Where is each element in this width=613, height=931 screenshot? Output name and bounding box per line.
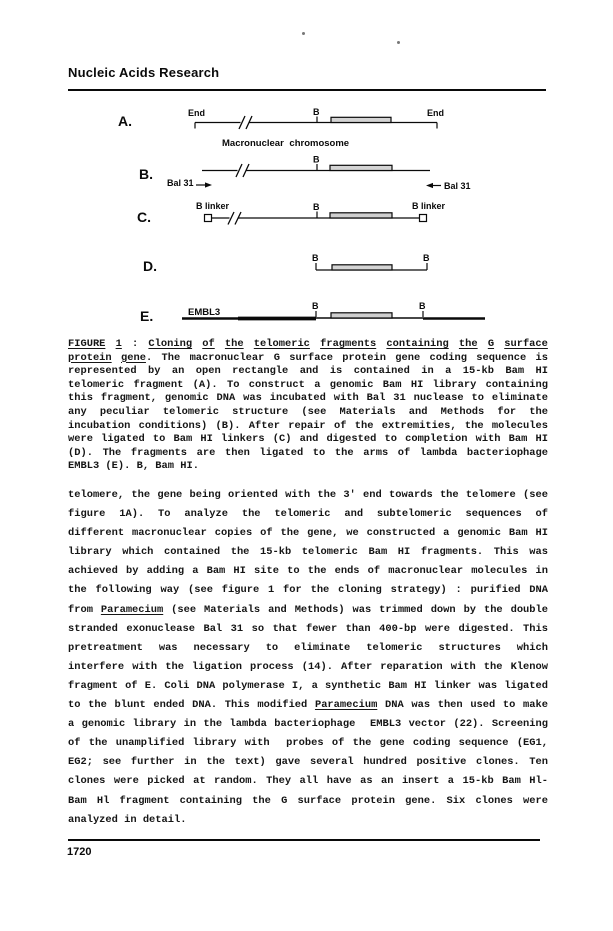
figure-row-a: A. End End B Macronuclear chromosome [118,107,444,149]
body-line: from Paramecium (see Materials and Metho… [68,601,548,620]
body-line: interfere with the ligation process (14)… [68,658,548,677]
body-line: fragment of E. Coli DNA polymerase I, a … [68,677,548,696]
bam-site-label: B [313,107,320,117]
page-number: 1720 [67,846,91,858]
bam-label-left: B [312,253,319,263]
bal31-arrowhead-left [205,182,212,187]
caption-line: protein gene. The macronuclear G surface… [68,352,548,366]
body-line: of the unamplified library with probes o… [68,734,548,753]
body-line: pretreatment was necessary to eliminate … [68,639,548,658]
row-a-letter: A. [118,113,132,129]
b-linker-label-right: B linker [412,201,446,211]
caption-line: FIGURE 1 : Cloning of the telomeric frag… [68,338,548,352]
body-line: stranded exonuclease Bal 31 so that fewe… [68,620,548,639]
body-line: library which contained the 15-kb telome… [68,543,548,562]
row-c-letter: C. [137,209,151,225]
gene-rect [332,265,392,270]
bal31-label-right: Bal 31 [444,181,471,191]
caption-line: this fragment, genomic DNA was incubated… [68,392,548,406]
gene-rect [331,313,392,318]
body-line: a genomic library in the lambda bacterio… [68,715,548,734]
caption-line: EMBL3 (E). B, Bam HI. [68,460,548,474]
caption-line: telomeric fragment (A). To construct a g… [68,379,548,393]
bam-site-label: B [313,202,320,212]
linker-square-left [205,215,212,222]
caption-line: (D). The fragments are then ligated to t… [68,447,548,461]
caption-line: were ligated to Bam HI linkers (C) and d… [68,433,548,447]
body-line: achieved by adding a Bam HI site to the … [68,562,548,581]
body-line: analyzed in detail. [68,811,548,830]
figure-row-c: C. B linker B linker B [137,201,446,225]
row-b-letter: B. [139,166,153,182]
bam-label-left: B [312,301,319,311]
gene-rect [330,213,392,218]
paper-page: Nucleic Acids Research A. End End B Macr… [0,0,613,931]
row-d-letter: D. [143,258,157,274]
end-label-right: End [427,108,444,118]
body-line: figure 1A). To analyze the telomeric and… [68,505,548,524]
caption-line: incubation conditions) (B). After repair… [68,420,548,434]
body-line: clones were picked at random. They all h… [68,772,548,791]
body-line: EG2; see further in the text) gave sever… [68,753,548,772]
body-line: to the blunt ended DNA. This modified Pa… [68,696,548,715]
figure-1-diagram: A. End End B Macronuclear chromosome B. … [0,0,613,345]
bam-label-right: B [419,301,426,311]
bam-site-label: B [313,155,320,165]
bam-label-right: B [423,253,430,263]
figure-caption: FIGURE 1 : Cloning of the telomeric frag… [68,338,548,474]
end-ticks [195,123,437,129]
figure-row-d: D. B B [143,253,430,274]
footer-rule [68,839,540,841]
body-line: telomere, the gene being oriented with t… [68,486,548,505]
caption-line: represented by an open rectangle and is … [68,365,548,379]
bal31-label-left: Bal 31 [167,178,194,188]
end-label-left: End [188,108,205,118]
b-linker-label-left: B linker [196,201,230,211]
body-line: the following way (see figure 1 for the … [68,581,548,600]
embl3-label: EMBL3 [188,307,220,318]
row-e-letter: E. [140,308,153,324]
figure-row-e: E. EMBL3 B B [140,301,485,324]
linker-square-right [420,215,427,222]
macronuclear-chromosome-label: Macronuclear chromosome [222,138,349,149]
gene-rect [330,165,392,170]
body-line: different macronuclear copies of the gen… [68,524,548,543]
body-line: Bam Hl fragment containing the G surface… [68,792,548,811]
caption-line: any peculiar telomeric structure (see Ma… [68,406,548,420]
body-text: telomere, the gene being oriented with t… [68,486,548,830]
gene-rect [331,117,391,122]
figure-row-b: B. B Bal 31 Bal 31 [139,155,471,192]
